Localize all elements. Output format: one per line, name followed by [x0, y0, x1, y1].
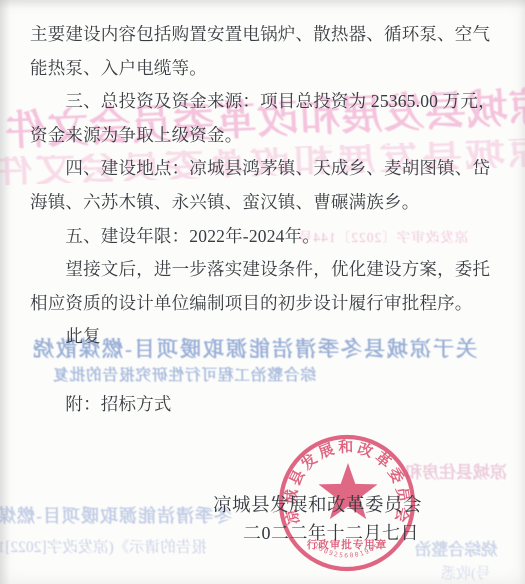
body-line: 五、建设年限：2022年-2024年。 [30, 220, 499, 254]
body-line: 三、总投资及资金来源：项目总投资为 25365.00 万元， [30, 85, 499, 119]
body-line: 海镇、六苏木镇、永兴镇、蛮汉镇、曹碾满族乡。 [30, 186, 499, 220]
bleedthrough-fragment-ref-left2: 报告的请示》(凉发改字[2022]144 [0, 535, 207, 557]
body-line: 此复 [30, 320, 499, 354]
bleedthrough-fragment-ref-right: 烧综合整治 [415, 536, 498, 560]
bleedthrough-fragment-ref-right2: 号)收悉 [441, 562, 491, 583]
signature-date: 二0二二年十二月七日 [243, 519, 419, 545]
body-line: 望接文后，进一步落实建设条件，优化建设方案，委托 [30, 253, 499, 287]
body-line: 主要建设内容包括购置安置电锅炉、散热器、循环泵、空气 [30, 18, 499, 52]
body-line: 能热泵、入户电缆等。 [30, 52, 499, 86]
bleedthrough-fragment-ref-left: 冬季清洁能源取暖项目-燃煤散 [0, 502, 232, 528]
body-text: 主要建设内容包括购置安置电锅炉、散热器、循环泵、空气 能热泵、入户电缆等。 三、… [30, 18, 499, 421]
body-line: 相应资质的设计单位编制项目的初步设计履行审批程序。 [30, 287, 499, 321]
body-line: 资金来源为争取上级资金。 [30, 119, 499, 153]
scanned-document-page: 凉城县发展和改革委员会文件 凉城县发展和改革委员会文件 凉发改审字〔2022〕1… [0, 0, 525, 584]
signature-organization: 凉城县发展和改革委员会 [213, 491, 422, 517]
body-line: 附：招标方式 [30, 388, 499, 422]
body-line: 四、建设地点：凉城县鸿茅镇、天成乡、麦胡图镇、岱 [30, 152, 499, 186]
body-line-spacer [30, 354, 499, 388]
bleedthrough-fragment-addressee: 凉城县住房和 [405, 458, 507, 483]
